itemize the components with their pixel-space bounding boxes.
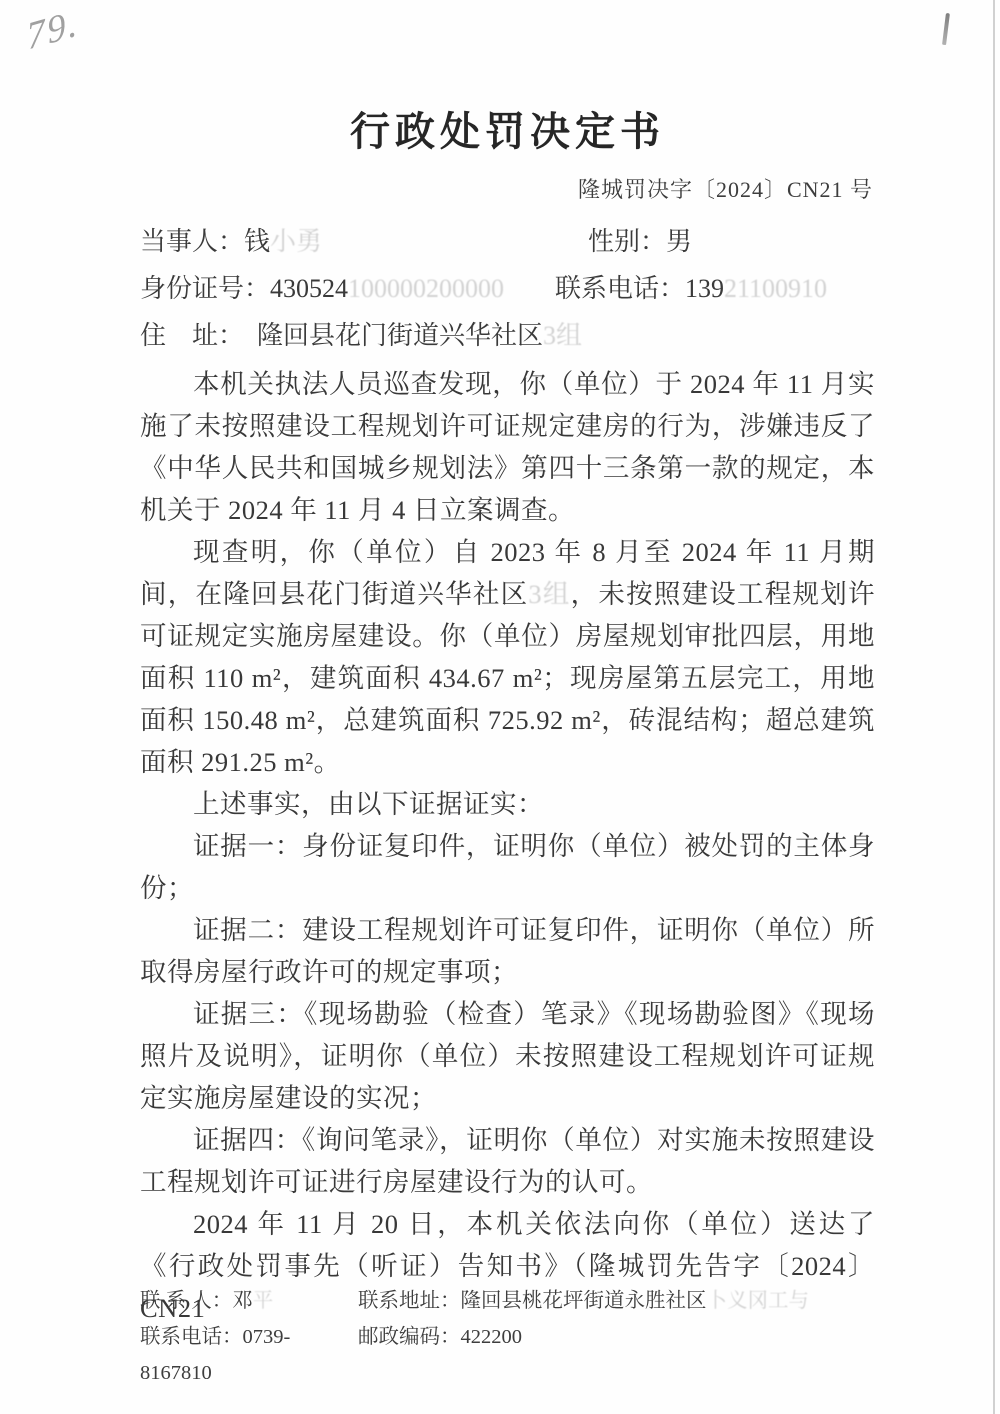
paragraph-6-text: 证据三：《现场勘验（检查）笔录》《现场勘验图》《现场照片及说明》，证明你（单位）… [140, 999, 875, 1113]
scan-edge-shadow [993, 0, 995, 1414]
paragraph-2: 现查明，你（单位）自 2023 年 8 月至 2024 年 11 月期间，在隆回… [140, 531, 875, 783]
paragraph-6: 证据三：《现场勘验（检查）笔录》《现场勘验图》《现场照片及说明》，证明你（单位）… [140, 993, 875, 1119]
id-number: 身份证号：430524100000200000 [140, 265, 555, 312]
address-text: 住 址： 隆回县花门街道兴华社区 [140, 321, 543, 350]
info-row: 住 址： 隆回县花门街道兴华社区3组 [140, 312, 875, 359]
handwritten-page-number: 79. [25, 0, 81, 59]
paragraph-1: 本机关执法人员巡查发现，你（单位）于 2024 年 11 月实施了未按照建设工程… [140, 363, 875, 531]
document-title: 行政处罚决定书 [140, 100, 875, 157]
paragraph-3: 上述事实，由以下证据证实： [140, 783, 875, 825]
contact-person: 联 系 人：邓平 [140, 1283, 358, 1319]
document-number: 隆城罚决字〔2024〕CN21 号 [140, 173, 875, 204]
postal-code: 邮政编码：422200 [358, 1319, 880, 1391]
document-content: 行政处罚决定书 隆城罚决字〔2024〕CN21 号 当事人：钱小勇性别：男身份证… [140, 100, 875, 1329]
contact-address-text: 联系地址：隆回县桃花坪街道永胜社区 [358, 1290, 707, 1312]
paragraph-2-redacted: 3组 [528, 579, 570, 609]
contact-phone-text: 联系电话：0739-8167810 [140, 1326, 290, 1384]
paragraph-4-text: 证据一：身份证复印件，证明你（单位）被处罚的主体身份； [140, 831, 875, 903]
address-redacted: 3组 [543, 321, 582, 350]
paragraph-7: 证据四：《询问笔录》，证明你（单位）对实施未按照建设工程规划许可证进行房屋建设行… [140, 1119, 875, 1203]
paragraph-7-text: 证据四：《询问笔录》，证明你（单位）对实施未按照建设工程规划许可证进行房屋建设行… [140, 1125, 875, 1197]
contact-footer: 联 系 人：邓平联系地址：隆回县桃花坪街道永胜社区卜义冈工与联系电话：0739-… [140, 1283, 880, 1391]
document-body: 本机关执法人员巡查发现，你（单位）于 2024 年 11 月实施了未按照建设工程… [140, 363, 875, 1329]
id-number-redacted: 100000200000 [348, 274, 504, 303]
address: 住 址： 隆回县花门街道兴华社区3组 [140, 312, 582, 359]
footer-row: 联 系 人：邓平联系地址：隆回县桃花坪街道永胜社区卜义冈工与 [140, 1283, 880, 1319]
contact-person-text: 联 系 人：邓 [140, 1290, 253, 1312]
party-name-text: 当事人：钱 [140, 227, 270, 256]
footer-row: 联系电话：0739-8167810邮政编码：422200 [140, 1319, 880, 1391]
phone-number: 联系电话：13921100910 [555, 265, 875, 312]
gender-text: 性别：男 [588, 227, 692, 256]
contact-address-redacted: 卜义冈工与 [707, 1290, 810, 1312]
info-row: 当事人：钱小勇性别：男 [140, 218, 875, 265]
paragraph-4: 证据一：身份证复印件，证明你（单位）被处罚的主体身份； [140, 825, 875, 909]
contact-address: 联系地址：隆回县桃花坪街道永胜社区卜义冈工与 [358, 1283, 880, 1319]
postal-code-text: 邮政编码：422200 [358, 1326, 522, 1348]
paragraph-1-text: 本机关执法人员巡查发现，你（单位）于 2024 年 11 月实施了未按照建设工程… [140, 369, 875, 525]
paragraph-5: 证据二：建设工程规划许可证复印件，证明你（单位）所取得房屋行政许可的规定事项； [140, 909, 875, 993]
gender: 性别：男 [588, 218, 875, 265]
contact-phone: 联系电话：0739-8167810 [140, 1319, 358, 1391]
paragraph-5-text: 证据二：建设工程规划许可证复印件，证明你（单位）所取得房屋行政许可的规定事项； [140, 915, 875, 987]
paragraph-3-text: 上述事实，由以下证据证实： [193, 789, 544, 819]
info-row: 身份证号：430524100000200000联系电话：13921100910 [140, 265, 875, 312]
pen-mark-icon [942, 13, 950, 45]
phone-number-text: 联系电话：139 [555, 274, 724, 303]
contact-person-redacted: 平 [253, 1290, 274, 1312]
party-name: 当事人：钱小勇 [140, 218, 588, 265]
party-name-redacted: 小勇 [270, 227, 322, 256]
id-number-text: 身份证号：430524 [140, 274, 348, 303]
phone-number-redacted: 21100910 [724, 274, 827, 303]
party-info-section: 当事人：钱小勇性别：男身份证号：430524100000200000联系电话：1… [140, 218, 875, 359]
scanned-document-page: 79. 行政处罚决定书 隆城罚决字〔2024〕CN21 号 当事人：钱小勇性别：… [0, 0, 1000, 1414]
